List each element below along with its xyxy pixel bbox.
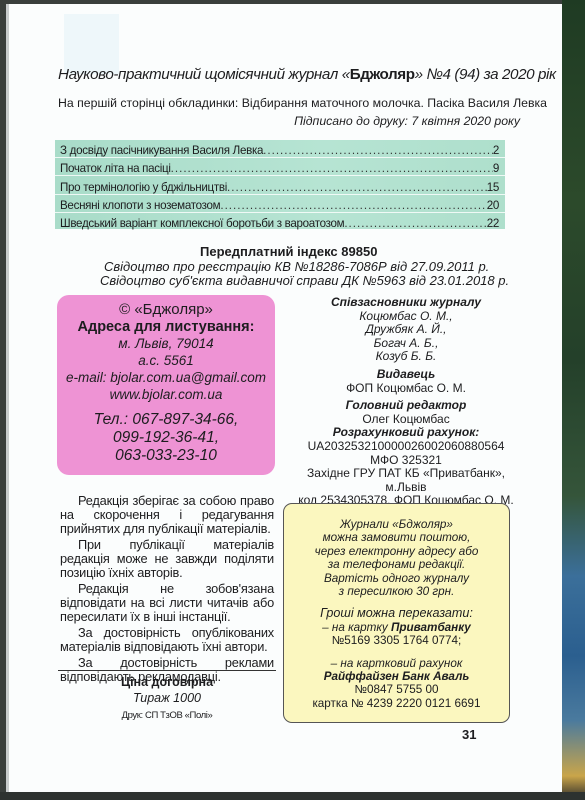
phone-number[interactable]: 063-033-23-10: [57, 447, 275, 465]
printer: Друк: СП ТзОВ «Полі»: [58, 710, 276, 721]
editorial-notes: Редакція зберігає за собою право на скор…: [60, 494, 274, 686]
phone-number[interactable]: Тел.: 067-897-34-66,: [57, 411, 275, 429]
price: Ціна договірна: [58, 675, 276, 689]
masthead: Науково-практичний щомісячний журнал «Бд…: [58, 66, 518, 83]
editor-heading: Головний редактор: [290, 399, 522, 413]
cofounders-heading: Співзасновники журналу: [290, 296, 522, 310]
address-heading: Адреса для листування:: [57, 319, 275, 335]
toc-page: 22: [487, 217, 499, 230]
masthead-suffix: » №4 (94) за 2020 рік: [415, 66, 556, 83]
toc-title: Про термінологію у бджільництві: [60, 181, 227, 194]
divider: [58, 670, 276, 671]
cofounder: Дружбяк А. Й.,: [290, 323, 522, 337]
toc-leader: [263, 144, 493, 157]
order-line: Вартість одного журналу: [284, 572, 509, 585]
toc-item[interactable]: Про термінологію у бджільництві15: [55, 176, 505, 194]
toc-title: Весняні клопоти з нозематозом: [60, 199, 220, 212]
toc-item[interactable]: З досвіду пасічникування Василя Левка2: [55, 140, 505, 158]
privat-card: №5169 3305 1764 0774;: [284, 634, 509, 647]
publisher: ФОП Коцюмбас О. М.: [290, 382, 522, 396]
publisher-heading: Видавець: [290, 368, 522, 382]
toc-item[interactable]: Шведський варіант комплексної боротьби з…: [55, 213, 505, 230]
registration-certificate: Свідоцтво про реєстрацію КВ №18286-7086Р…: [104, 259, 489, 274]
toc-leader: [220, 199, 486, 212]
account-line: Західне ГРУ ПАТ КБ «Приватбанк»,: [290, 467, 522, 481]
toc-item[interactable]: Весняні клопоти з нозематозом20: [55, 195, 505, 213]
cover-note: На першій сторінці обкладинки: Відбиранн…: [58, 96, 547, 110]
publisher-certificate: Свідоцтво суб'єкта видавничої справи ДК …: [100, 273, 509, 288]
note-paragraph: За достовірність опублікованих матеріалі…: [60, 626, 274, 654]
note-paragraph: Редакція зберігає за собою право на скор…: [60, 494, 274, 536]
order-line: через електронну адресу або: [284, 545, 509, 558]
transfer-heading: Гроші можна переказати:: [284, 607, 509, 620]
toc-leader: [171, 162, 493, 175]
order-line: за телефонами редакції.: [284, 558, 509, 571]
toc-item[interactable]: Початок літа на пасіці9: [55, 158, 505, 176]
aval-prefix: – на картковий рахунок: [284, 657, 509, 670]
city: м. Львів, 79014: [57, 335, 275, 352]
phone-number[interactable]: 099-192-36-41,: [57, 429, 275, 447]
po-box: а.с. 5561: [57, 352, 275, 369]
contact-box: © «Бджоляр» Адреса для листування: м. Ль…: [57, 295, 275, 475]
signed-to-print: Підписано до друку: 7 квітня 2020 року: [294, 114, 520, 128]
cofounder: Богач А. Б.,: [290, 337, 522, 351]
order-line: з пересилкою 30 грн.: [284, 585, 509, 598]
privat-prefix: – на картку: [322, 621, 391, 634]
adjacent-page-photo-edge: [562, 0, 585, 800]
phone-list: Тел.: 067-897-34-66, 099-192-36-41, 063-…: [57, 411, 275, 465]
aval-account: №0847 5755 00: [284, 683, 509, 696]
privat-line: – на картку Приватбанку: [284, 621, 509, 634]
toc-page: 9: [493, 162, 499, 175]
editor: Олег Коцюмбас: [290, 413, 522, 427]
note-paragraph: При публікації матеріалів редакція може …: [60, 538, 274, 580]
table-of-contents: З досвіду пасічникування Василя Левка2 П…: [55, 140, 505, 229]
privat-bank: Приватбанку: [391, 621, 471, 634]
toc-leader: [227, 181, 487, 194]
toc-page: 15: [487, 181, 499, 194]
order-line: Журнали «Бджоляр»: [284, 518, 509, 531]
circulation: Тираж 1000: [58, 691, 276, 705]
background-tint: [64, 14, 119, 74]
masthead-brand: Бджоляр: [350, 66, 415, 83]
order-line: можна замовити поштою,: [284, 531, 509, 544]
toc-leader: [344, 217, 486, 230]
account-line: UA203253210000026002060880564: [290, 440, 522, 454]
aval-card: картка № 4239 2220 0121 6691: [284, 697, 509, 710]
toc-page: 20: [487, 199, 499, 212]
cofounder: Козуб Б. Б.: [290, 350, 522, 364]
masthead-prefix: Науково-практичний щомісячний журнал «: [58, 66, 350, 83]
order-info-box: Журнали «Бджоляр» можна замовити поштою,…: [283, 503, 510, 723]
website-link[interactable]: www.bjolar.com.ua: [57, 386, 275, 403]
note-paragraph: Редакція не зобов'язана відповідати на в…: [60, 582, 274, 624]
scan-bottom-edge: [0, 792, 585, 800]
credits: Співзасновники журналу Коцюмбас О. М., Д…: [290, 296, 522, 508]
toc-title: Шведський варіант комплексної боротьби з…: [60, 217, 344, 230]
toc-title: З досвіду пасічникування Василя Левка: [60, 144, 263, 157]
toc-page: 2: [493, 144, 499, 157]
account-heading: Розрахунковий рахунок:: [290, 426, 522, 440]
email-link[interactable]: e-mail: bjolar.com.ua@gmail.com: [57, 369, 275, 386]
copyright: © «Бджоляр»: [57, 301, 275, 318]
subscription-index: Передплатний індекс 89850: [200, 244, 377, 259]
account-line: м.Львів: [290, 481, 522, 495]
toc-title: Початок літа на пасіці: [60, 162, 171, 175]
page-number: 31: [462, 727, 476, 742]
account-line: МФО 325321: [290, 454, 522, 468]
aval-bank: Райффайзен Банк Аваль: [284, 670, 509, 683]
